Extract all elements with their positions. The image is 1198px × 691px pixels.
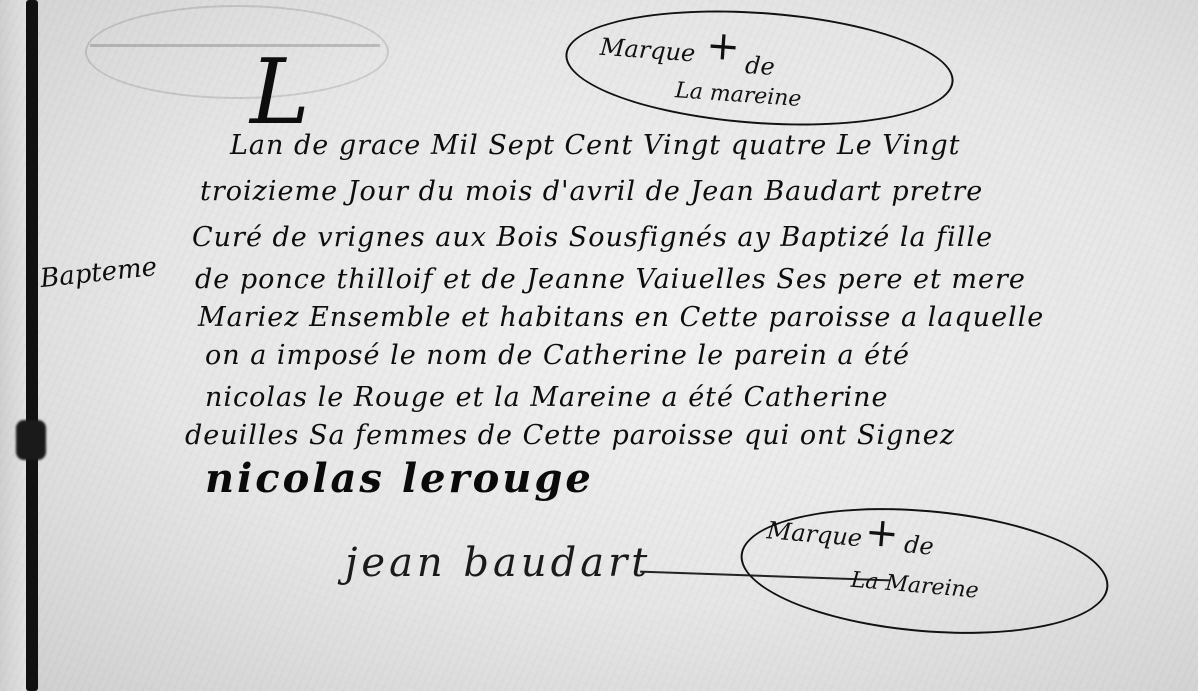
text-line-6: on a imposé le nom de Catherine le parei… <box>205 340 910 371</box>
margin-note-bapteme: Bapteme <box>39 252 159 294</box>
bleed-through-mark <box>85 5 389 99</box>
mark-label: Marque <box>599 33 696 68</box>
text-line-1: Lan de grace Mil Sept Cent Vingt quatre … <box>230 130 961 161</box>
godmother-mark-top: Marque + de La mareine <box>562 0 958 137</box>
text-line-3: Curé de vrignes aux Bois Sousfignés ay B… <box>192 222 993 253</box>
register-page: Marque + de La mareine L Bapteme Lan de … <box>0 0 1198 691</box>
mark-label: Marque <box>766 516 863 552</box>
text-line-8: deuilles Sa femmes de Cette paroisse qui… <box>185 420 955 451</box>
godmother-mark-bottom: Marque + de La Mareine <box>735 494 1113 648</box>
text-line-5: Mariez Ensemble et habitans en Cette par… <box>198 302 1044 333</box>
mark-label-suffix: de <box>744 51 775 81</box>
mark-label-line2: La Mareine <box>850 568 980 604</box>
mark-label-suffix: de <box>903 530 935 560</box>
cross-mark-icon: + <box>705 22 742 70</box>
mark-label-line2: La mareine <box>674 78 802 112</box>
ink-blot <box>16 420 46 460</box>
book-binding-gutter <box>26 0 38 691</box>
signature-godfather: nicolas lerouge <box>205 455 594 502</box>
signature-priest: jean baudart <box>345 540 651 586</box>
text-line-2: troizieme Jour du mois d'avril de Jean B… <box>200 176 983 207</box>
text-line-7: nicolas le Rouge et la Mareine a été Cat… <box>205 382 888 413</box>
bleed-through-line <box>90 44 380 47</box>
facing-page-edge <box>0 0 26 691</box>
text-line-4: de ponce thilloif et de Jeanne Vaiuelles… <box>195 264 1026 295</box>
cross-mark-icon: + <box>863 509 900 558</box>
